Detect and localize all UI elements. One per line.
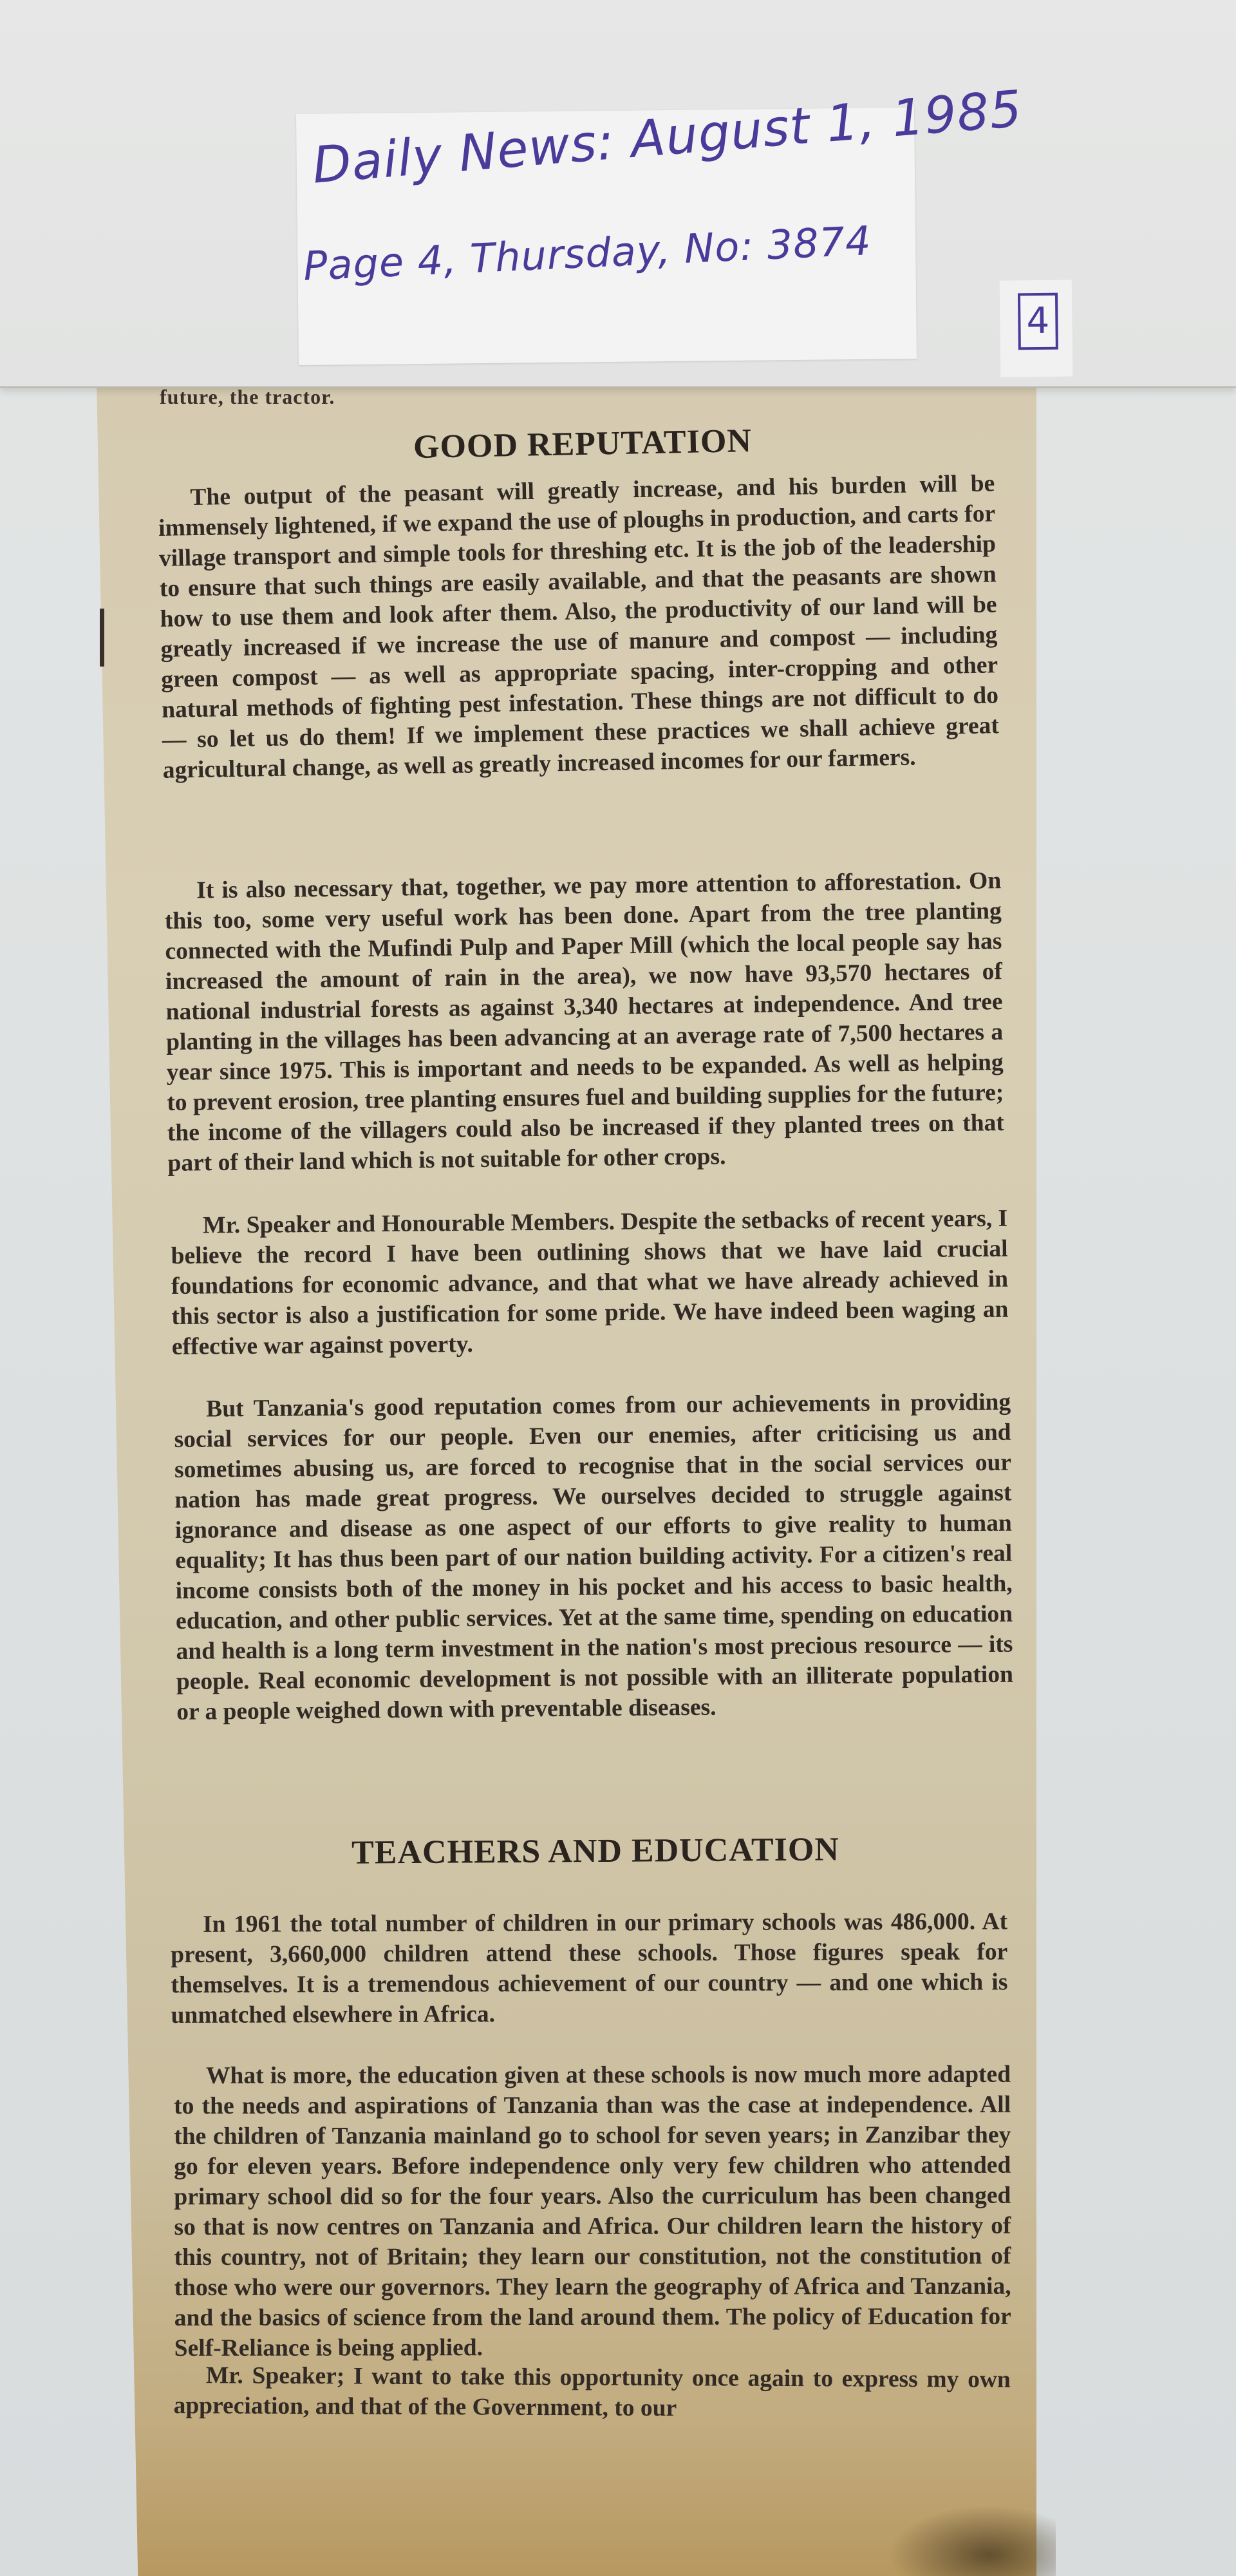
paragraph: Mr. Speaker; I want to take this opportu… <box>174 2360 1011 2425</box>
paragraph-text: In 1961 the total number of children in … <box>171 1908 1007 2029</box>
paragraph-text: Mr. Speaker; I want to take this opportu… <box>174 2362 1011 2421</box>
handwritten-label: Daily News: August 1, 1985 Page 4, Thurs… <box>296 108 917 365</box>
stain <box>888 2505 1056 2576</box>
paragraph-text: It is also necessary that, together, we … <box>165 867 1004 1177</box>
paragraph: But Tanzania's good reputation comes fro… <box>174 1387 1013 1727</box>
paragraph-text: But Tanzania's good reputation comes fro… <box>174 1389 1013 1725</box>
paragraph-text: What is more, the education given at the… <box>174 2061 1011 2362</box>
ink-mark <box>100 609 104 667</box>
paragraph: Mr. Speaker and Honourable Members. Desp… <box>171 1204 1009 1362</box>
paragraph: The output of the peasant will greatly i… <box>158 468 1000 786</box>
paragraph-text: Mr. Speaker and Honourable Members. Desp… <box>171 1206 1008 1360</box>
paragraph: It is also necessary that, together, we … <box>164 866 1005 1179</box>
paragraph: In 1961 the total number of children in … <box>171 1906 1008 2031</box>
paragraph: What is more, the education given at the… <box>174 2060 1011 2363</box>
runover-text: future, the tractor. <box>160 385 335 409</box>
page-number-box: 4 <box>1018 293 1058 350</box>
headline-teachers-education: TEACHERS AND EDUCATION <box>171 1829 1020 1873</box>
label-page-line: Page 4, Thursday, No: 3874 <box>303 217 872 290</box>
paragraph-text: The output of the peasant will greatly i… <box>158 470 999 784</box>
